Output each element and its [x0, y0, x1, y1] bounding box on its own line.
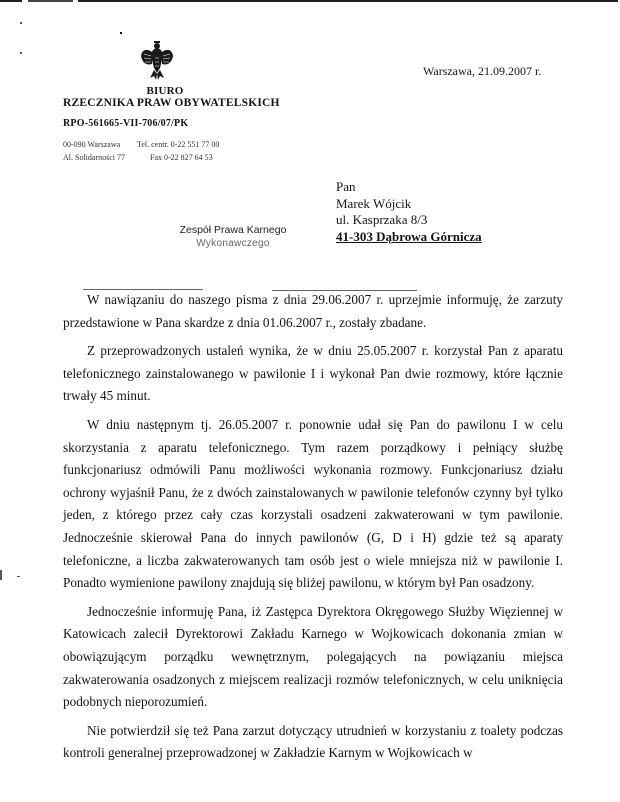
- addressee-salutation: Pan: [336, 179, 482, 196]
- addressee-street: ul. Kasprzaka 8/3: [336, 212, 482, 229]
- polish-eagle-emblem-icon: [140, 40, 174, 82]
- department-line1: Zespół Prawa Karnego: [168, 224, 298, 237]
- body-paragraph: W nawiązaniu do naszego pisma z dnia 29.…: [63, 289, 563, 334]
- addressee-name: Marek Wójcik: [336, 196, 482, 213]
- letter-date: Warszawa, 21.09.2007 r.: [423, 64, 541, 79]
- letter-body: W nawiązaniu do naszego pisma z dnia 29.…: [63, 289, 563, 771]
- scan-edge-segment: [28, 0, 73, 2]
- scan-speck: [20, 22, 22, 24]
- scan-speck: [120, 32, 122, 34]
- body-paragraph: Z przeprowadzonych ustaleń wynika, że w …: [63, 340, 563, 408]
- office-address-line2: Al. Solidarności 77: [63, 153, 125, 162]
- reference-number: RPO-561665-VII-706/07/PK: [63, 118, 188, 129]
- department-line2: Wykonawczego: [168, 237, 298, 250]
- body-paragraph: W dniu następnym tj. 26.05.2007 r. ponow…: [63, 414, 563, 595]
- body-paragraph: Jednocześnie informuję Pana, iż Zastępca…: [63, 601, 563, 714]
- office-name-line1: BIURO: [0, 85, 330, 97]
- office-phone: Tel. centr. 0-22 551 77 00: [137, 140, 219, 149]
- scan-edge: [0, 0, 620, 3]
- addressee-block: Pan Marek Wójcik ul. Kasprzaka 8/3 41-30…: [336, 179, 482, 245]
- office-fax: Fax 0-22 827 64 53: [150, 153, 213, 162]
- body-paragraph: Nie potwierdził się też Pana zarzut doty…: [63, 720, 563, 765]
- office-address-line1: 00-090 Warszawa: [63, 140, 120, 149]
- scan-speck: [17, 576, 20, 577]
- department-stamp: Zespół Prawa Karnego Wykonawczego: [168, 224, 298, 250]
- addressee-city: 41-303 Dąbrowa Górnicza: [336, 229, 482, 246]
- office-name-line2: RZECZNIKA PRAW OBYWATELSKICH: [63, 97, 280, 109]
- scan-speck: [0, 570, 2, 580]
- scan-speck: [20, 52, 22, 54]
- scan-edge-segment: [78, 0, 618, 2]
- scan-edge-segment: [0, 0, 22, 2]
